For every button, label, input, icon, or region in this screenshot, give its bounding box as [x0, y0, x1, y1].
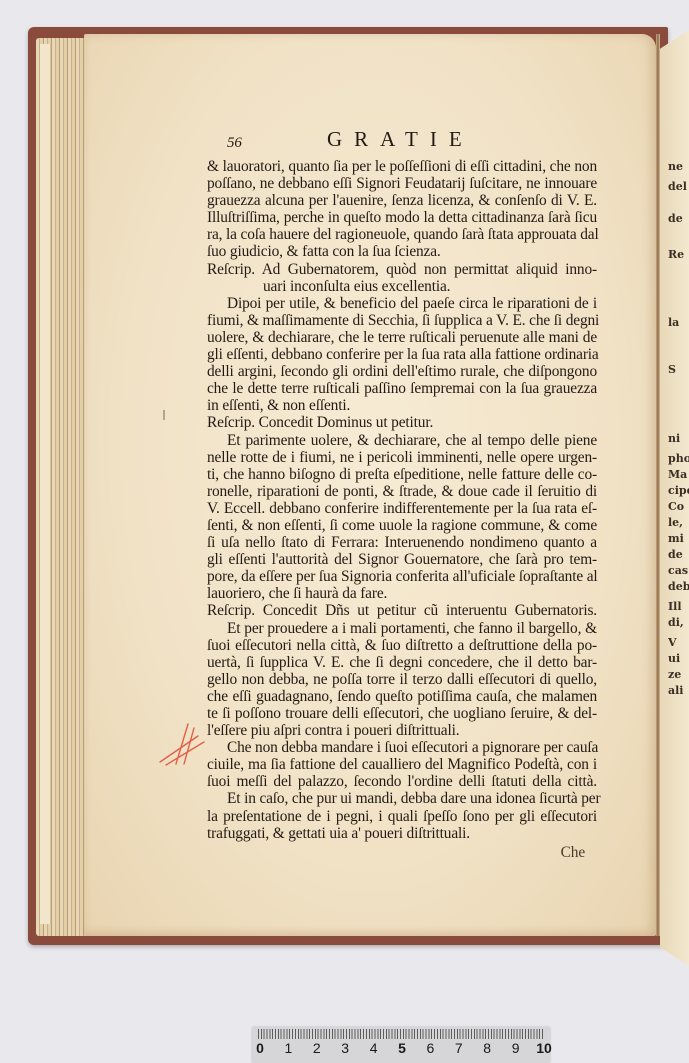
- flyleaf-edge: [40, 44, 51, 924]
- ruler-label: 6: [426, 1040, 434, 1056]
- ink-speck: [163, 410, 165, 420]
- ruler-label: 3: [341, 1040, 349, 1056]
- text-line: uari inconſulta eius excellentia.: [207, 278, 597, 295]
- recto-fragment: Ma: [668, 468, 687, 481]
- ruler-label: 9: [512, 1040, 520, 1056]
- recto-fragment: ui: [668, 652, 680, 665]
- text-line: pore, da eſſere per ſua Signoria conferi…: [207, 568, 597, 585]
- text-line: uertà, ſi ſupplica V. E. che ſi degni co…: [207, 654, 597, 671]
- text-line: & lauoratori, quanto ſia per le poſſeſſi…: [207, 158, 597, 175]
- text-line: grauezza alcuna per l'auenire, ſenza lic…: [207, 192, 597, 209]
- page-text-block: 56 GRATIE & lauoratori, quanto ſia per l…: [207, 133, 597, 861]
- text-line: Et in caſo, che pur ui mandi, debba dare…: [207, 790, 597, 807]
- text-line: Et parimente uolere, & dechiarare, che a…: [207, 432, 597, 449]
- text-line: lauoriero, che ſi haurà da fare.: [207, 585, 597, 602]
- text-line: Reſcrip. Ad Gubernatorem, quòd non permi…: [207, 261, 597, 278]
- recto-fragment: V: [668, 636, 677, 649]
- recto-fragment: ali: [668, 684, 684, 697]
- ruler-label: 7: [455, 1040, 463, 1056]
- text-line: gello non debba, ne poſſa torre il terzo…: [207, 671, 597, 688]
- text-line: te ſi poſſono trouare delli eſſecutori, …: [207, 705, 597, 722]
- recto-fragment: ze: [668, 668, 681, 681]
- recto-fragment: di,: [668, 616, 684, 629]
- recto-fragment: cipe: [668, 484, 689, 497]
- text-line: che eſſi guadagnano, ſendo queſto potiſſ…: [207, 688, 597, 705]
- text-line: gli eſſenti l'auttorità del Signor Gouer…: [207, 551, 597, 568]
- text-line: Reſcrip. Concedit Dñs ut petitur cũ inte…: [207, 602, 597, 619]
- ruler-label: 1: [284, 1040, 292, 1056]
- ruler-label: 5: [398, 1040, 406, 1056]
- text-line: che le dette terre ruſticali paſſino ſem…: [207, 380, 597, 397]
- recto-fragment: cas: [668, 564, 688, 577]
- text-line: ti, che hanno biſogno di preſta eſpediti…: [207, 466, 597, 483]
- text-line: uolere, & dechiarare, che le terre ruſti…: [207, 329, 597, 346]
- ruler-label: 4: [370, 1040, 378, 1056]
- text-line: ſenti, & non eſſenti, ſi come uuole la r…: [207, 517, 597, 534]
- text-line: trafuggati, & gettati uia a' poueri diſt…: [207, 825, 597, 842]
- text-line: V. Eccell. debbano conferire indifferent…: [207, 500, 597, 517]
- ruler-label: 0: [256, 1040, 264, 1056]
- text-line: delli argini, ſecondo gli ordini dell'eſ…: [207, 363, 597, 380]
- recto-fragment: Re: [668, 248, 684, 261]
- recto-fragment: la: [668, 316, 679, 329]
- recto-fragment: S: [668, 363, 676, 376]
- red-pencil-annotation-icon: [158, 722, 208, 766]
- text-line: gli eſſenti, debbano conferire per la ſu…: [207, 346, 597, 363]
- text-line: l'eſſere piu aſpri contra i poueri diſtr…: [207, 722, 597, 739]
- text-line: ſi uſa nello ſtato di Ferrara: Interuene…: [207, 534, 597, 551]
- ruler-ticks: [258, 1029, 544, 1039]
- recto-fragment: Co: [668, 500, 684, 513]
- text-line: Reſcrip. Concedit Dominus ut petitur.: [207, 414, 597, 431]
- text-line: ronelle, riparationi de ponti, & ſtrade,…: [207, 483, 597, 500]
- recto-fragment: pho: [668, 452, 689, 465]
- page-header: 56 GRATIE: [207, 133, 597, 157]
- text-line: Et per prouedere a i mali portamenti, ch…: [207, 620, 597, 637]
- text-line: la preſentatione de i pegni, i quali ſpe…: [207, 808, 597, 825]
- running-head: GRATIE: [327, 131, 474, 148]
- text-line: Dipoi per utile, & beneficio del paeſe c…: [207, 295, 597, 312]
- recto-fragment: del: [668, 180, 687, 193]
- body-text: & lauoratori, quanto ſia per le poſſeſſi…: [207, 158, 597, 842]
- text-line: ſuoi eſſecutori nella città, & ſuo diſtr…: [207, 637, 597, 654]
- text-line: nelle rotte de i fiumi, ne i pericoli im…: [207, 449, 597, 466]
- text-line: Che non debba mandare i ſuoi eſſecutori …: [207, 739, 597, 756]
- book-gutter: [656, 34, 660, 936]
- recto-fragment: de: [668, 212, 683, 225]
- ruler-labels: 012345678910: [252, 1040, 550, 1060]
- recto-fragment: deb: [668, 580, 689, 593]
- ruler-label: 2: [313, 1040, 321, 1056]
- ruler-label: 10: [536, 1040, 552, 1056]
- text-line: ra, la coſa hauere del ragioneuole, quan…: [207, 226, 597, 243]
- scale-ruler: 012345678910: [252, 1027, 550, 1063]
- text-line: ſuoi meſſi del palazzo, ſecondo l'ordine…: [207, 773, 597, 790]
- book-scan-view: nedeldeRelaSniphoMacipeCole,midecasdebIl…: [0, 0, 689, 1063]
- text-line: in eſſenti, & non eſſenti.: [207, 397, 597, 414]
- folio-number: 56: [227, 135, 242, 152]
- ruler-label: 8: [483, 1040, 491, 1056]
- text-line: fiumi, & maſſimamente di Secchia, ſi ſup…: [207, 312, 597, 329]
- recto-fragment: mi: [668, 532, 684, 545]
- recto-fragment: ne: [668, 160, 683, 173]
- recto-page-text-fragments: nedeldeRelaSniphoMacipeCole,midecasdebIl…: [668, 0, 689, 1063]
- recto-fragment: ni: [668, 432, 680, 445]
- catchword: Che: [207, 844, 597, 861]
- recto-fragment: de: [668, 548, 683, 561]
- text-line: ſuo giudicio, & fatta con la ſua ſcienza…: [207, 243, 597, 260]
- text-line: ciuile, ma ſia fattione del caualliero d…: [207, 756, 597, 773]
- text-line: poſſano, ne debbano eſſi Signori Feudata…: [207, 175, 597, 192]
- text-line: Illuſtriſſima, perche in queſto modo la …: [207, 209, 597, 226]
- recto-fragment: le,: [668, 516, 683, 529]
- recto-fragment: Ill: [668, 600, 682, 613]
